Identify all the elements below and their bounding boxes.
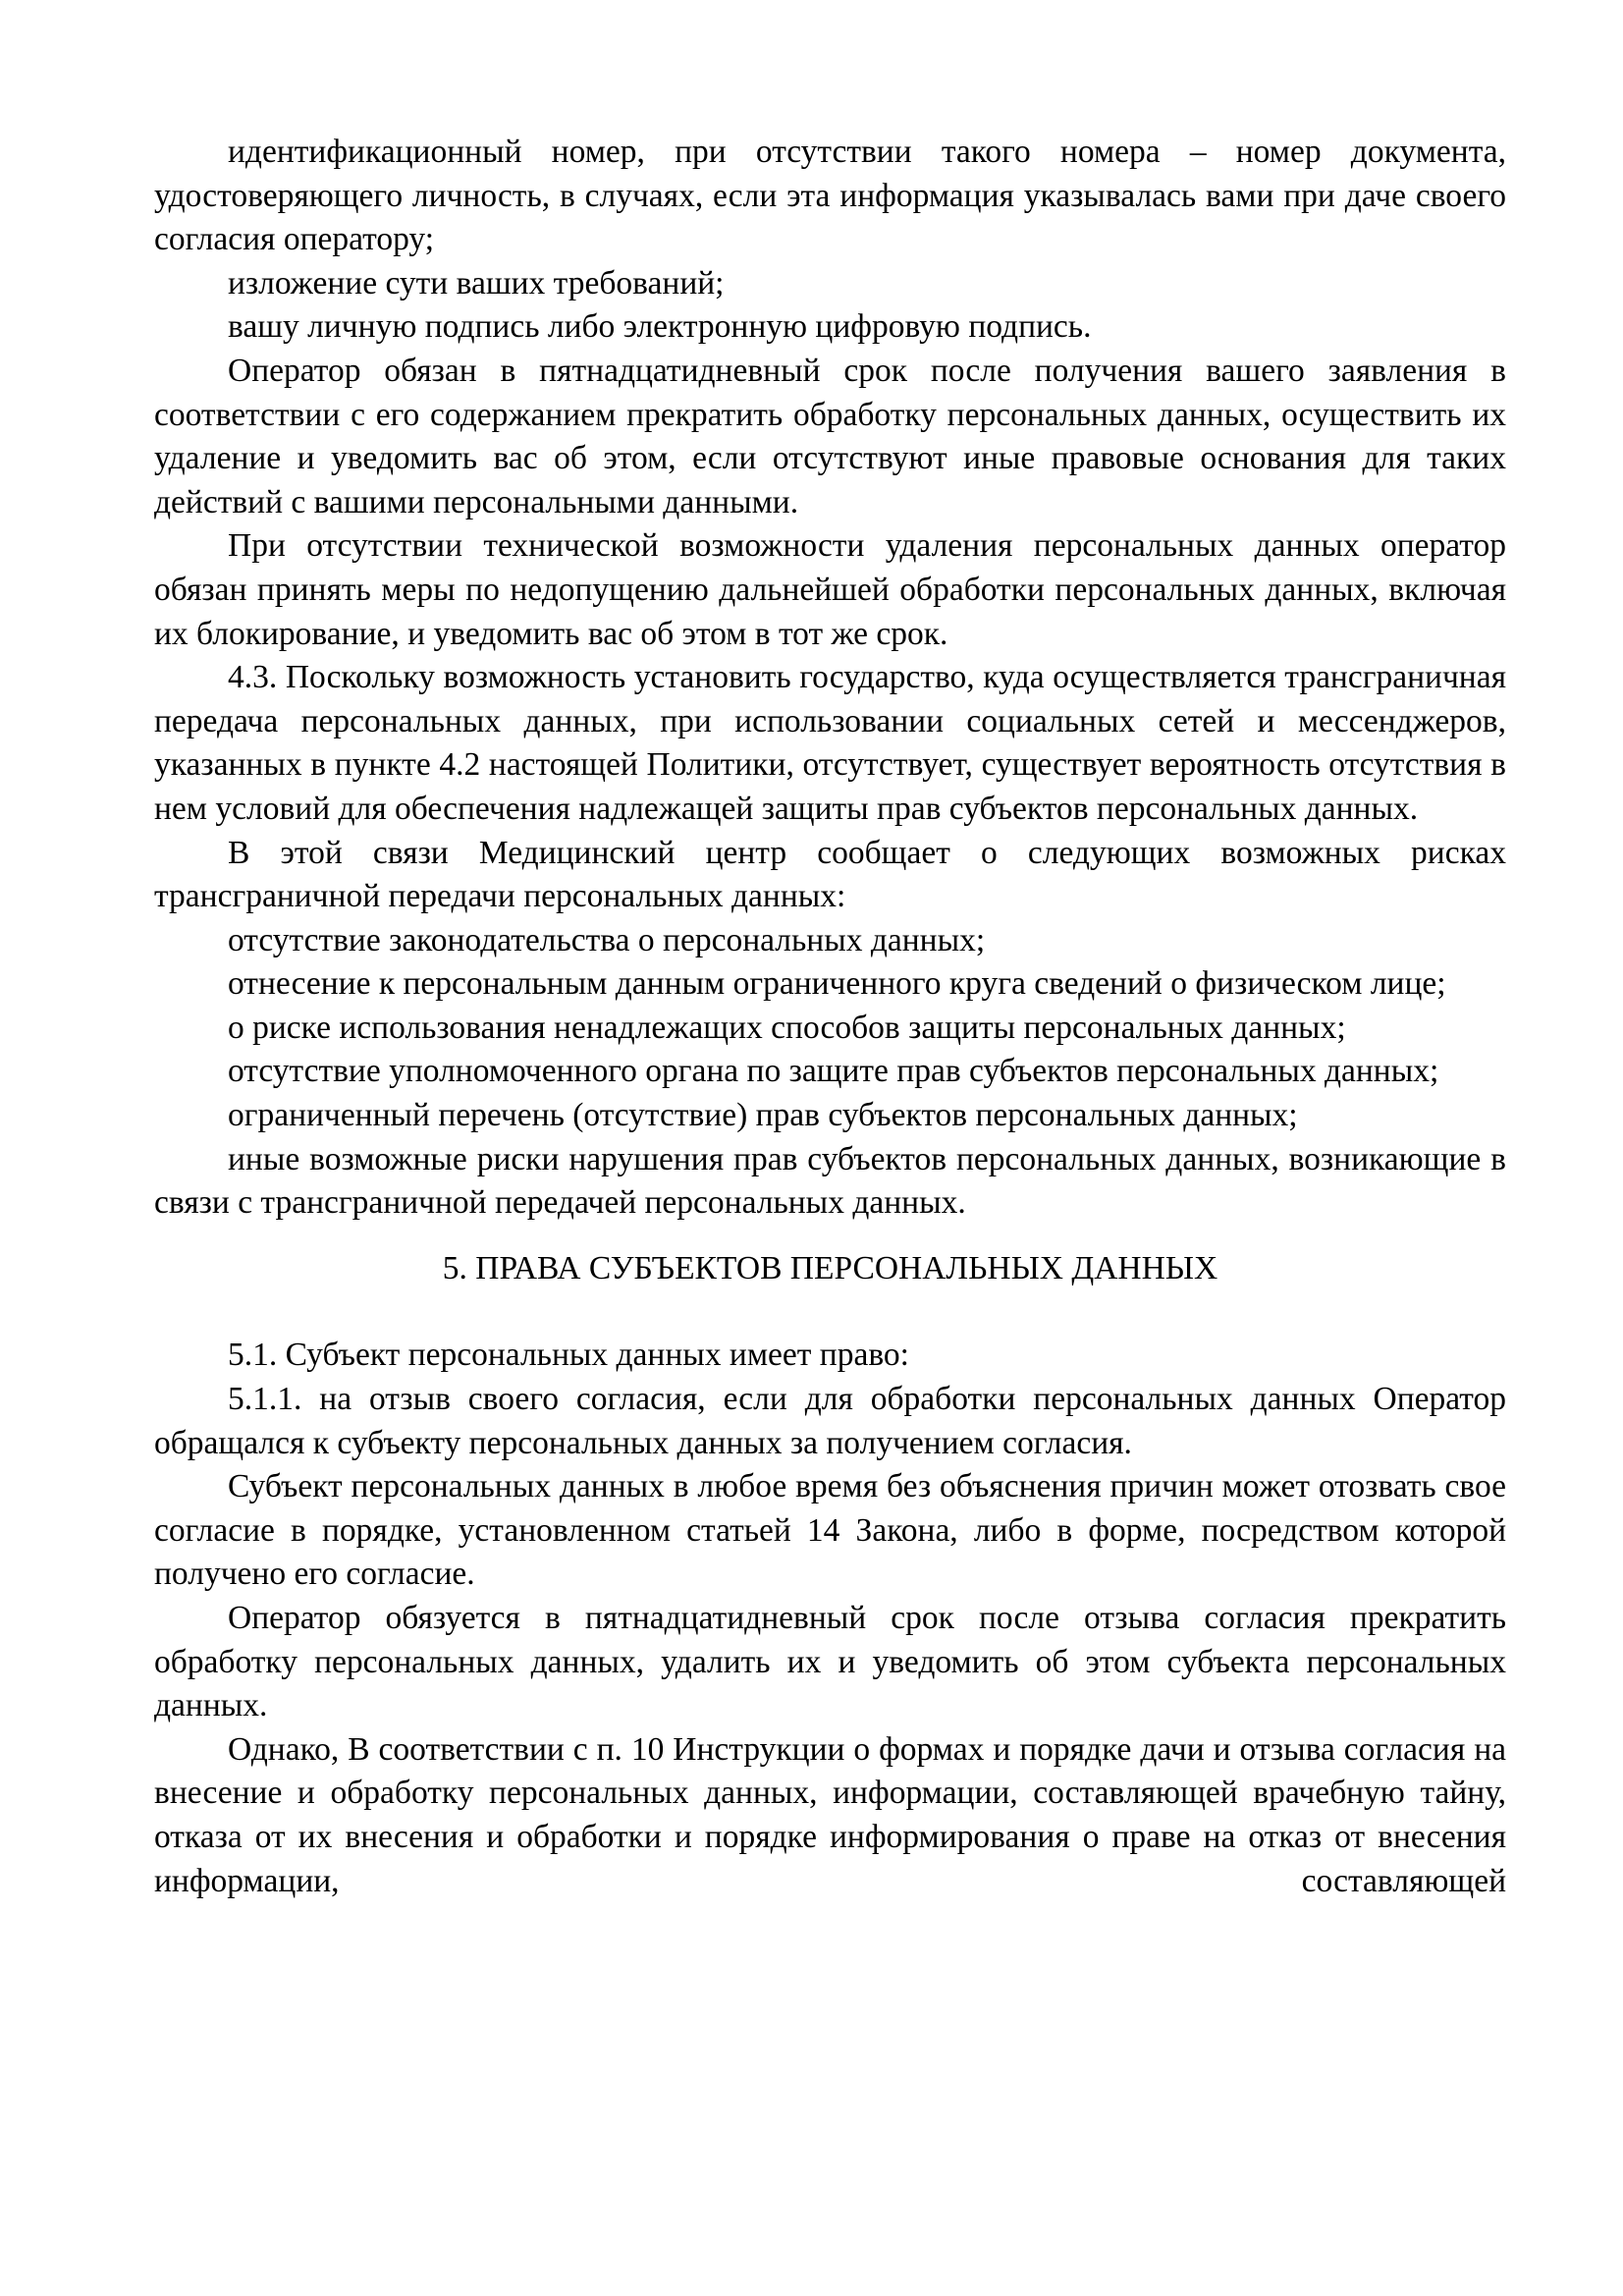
paragraphs-before: идентификационный номер, при отсутствии … [154,131,1506,1226]
paragraph-technical-impossibility: При отсутствии технической возможности у… [154,524,1506,656]
list-item-risk-other: иные возможные риски нарушения прав субъ… [154,1138,1506,1226]
paragraph-requirements: изложение сути ваших требований; [154,262,1506,306]
paragraph-however-instruction: Однако, В соответствии с п. 10 Инструкци… [154,1728,1506,1903]
paragraph-operator-undertakes: Оператор обязуется в пятнадцатидневный с… [154,1597,1506,1728]
document-page: идентификационный номер, при отсутствии … [154,131,1506,1903]
paragraph-risks-intro: В этой связи Медицинский центр сообщает … [154,832,1506,919]
list-item-risk-improper-protection: о риске использования ненадлежащих спосо… [154,1007,1506,1051]
paragraph-5-1-1: 5.1.1. на отзыв своего согласия, если дл… [154,1378,1506,1465]
paragraph-identification-number: идентификационный номер, при отсутствии … [154,131,1506,262]
list-item-risk-limited-scope: отнесение к персональным данным ограниче… [154,962,1506,1007]
paragraphs-after: 5.1. Субъект персональных данных имеет п… [154,1334,1506,1903]
paragraph-operator-obligation: Оператор обязан в пятнадцатидневный срок… [154,350,1506,524]
list-item-risk-legislation: отсутствие законодательства о персональн… [154,919,1506,963]
list-item-risk-limited-rights: ограниченный перечень (отсутствие) прав … [154,1094,1506,1138]
list-item-risk-no-authority: отсутствие уполномоченного органа по защ… [154,1050,1506,1094]
paragraph-consent-withdrawal: Субъект персональных данных в любое врем… [154,1465,1506,1597]
paragraph-5-1: 5.1. Субъект персональных данных имеет п… [154,1334,1506,1378]
section-heading: 5. ПРАВА СУБЪЕКТОВ ПЕРСОНАЛЬНЫХ ДАННЫХ [154,1226,1506,1335]
paragraph-signature: вашу личную подпись либо электронную циф… [154,305,1506,350]
paragraph-4-3: 4.3. Поскольку возможность установить го… [154,656,1506,831]
